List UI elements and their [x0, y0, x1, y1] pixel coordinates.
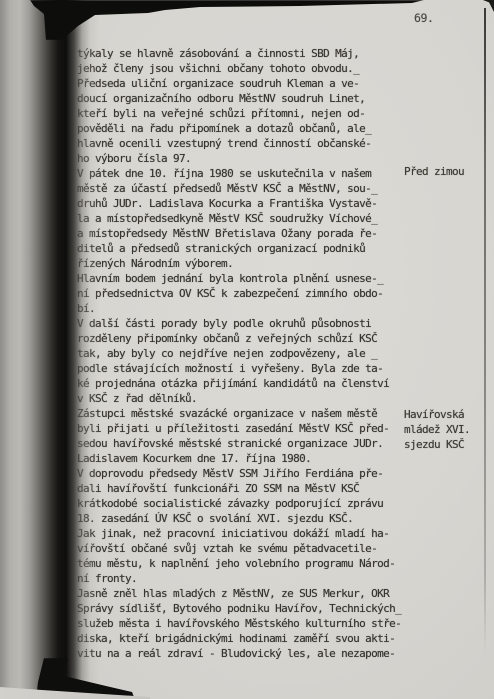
margin-note-line: sjezdu KSČ: [404, 437, 470, 452]
body-text-line: týkaly se hlavně zásobování a činnosti S…: [77, 46, 401, 61]
body-text-line: doucí organizačního odboru MěstNV soudru…: [77, 91, 401, 106]
body-text-line: ditelů a předsedů stranických organizací…: [77, 241, 401, 256]
body-text-line: městě za účastí předsedů MěstV KSČ a Měs…: [77, 181, 401, 196]
body-text-line: 18. zasedání ÚV KSČ o svolání XVI. sjezd…: [77, 511, 401, 526]
body-text-line: bí.: [77, 301, 401, 316]
body-text-line: V pátek dne 10. října 1980 se uskutečnil…: [77, 166, 401, 181]
body-text-line: ní fronty.: [77, 571, 401, 586]
body-text-line: služeb města i havířovského Městského ku…: [77, 616, 401, 631]
body-text-line: la a místopředsedkyně MěstV KSČ soudružk…: [77, 211, 401, 226]
scanned-document-page: 69. týkaly se hlavně zásobování a činnos…: [0, 0, 494, 699]
page-curl-shadow: [36, 658, 148, 699]
page-curl-highlight: [0, 687, 150, 699]
body-text-line: V další části porady byly podle okruhů p…: [77, 316, 401, 331]
margin-note-before-winter: Před zimou: [404, 164, 464, 179]
body-text-line: Jasně zněl hlas mladých z MěstNV, ze SUS…: [77, 586, 401, 601]
body-text-line: vířovští občané svůj vztah ke svému pěta…: [77, 541, 401, 556]
scan-top-edge-shadow: [0, 0, 424, 40]
body-text-line: a místopředsedy MěstNV Břetislava Ožany …: [77, 226, 401, 241]
body-text-line: vitu na a reál zdraví - Bludovický les, …: [77, 646, 401, 661]
body-text-line: Zástupci městské svazácké organizace v n…: [77, 406, 401, 421]
body-text-line: Ladislavem Kocurkem dne 17. října 1980.: [77, 451, 401, 466]
body-text-line: byli přijati u příležitosti zasedání Měs…: [77, 421, 401, 436]
body-text-line: řízených Národním výborem.: [77, 256, 401, 271]
body-text-line: Hlavním bodem jednání byla kontrola plně…: [77, 271, 401, 286]
body-text-line: V doprovodu předsedy MěstV SSM Jiřího Fe…: [77, 466, 401, 481]
scan-corner-mark: [483, 0, 494, 12]
margin-note-line: Před zimou: [404, 164, 464, 179]
page-number: 69.: [414, 11, 434, 25]
body-text-line: Předseda uliční organizace soudruh Klema…: [77, 76, 401, 91]
body-text-line: kteří byli na veřejné schůzi přítomni, n…: [77, 106, 401, 121]
margin-note-youth-congress: Havířovskámládež XVI.sjezdu KSČ: [404, 407, 470, 452]
body-text-line: v KSČ z řad dělníků.: [77, 391, 401, 406]
margin-note-line: mládež XVI.: [404, 422, 470, 437]
body-text-line: Jak jinak, než pracovní iniciativou doká…: [77, 526, 401, 541]
body-text-line: dali havířovští funkcionáři ZO SSM na Mě…: [77, 481, 401, 496]
body-text-line: podle stávajících možností i vyřešeny. B…: [77, 361, 401, 376]
body-text-line: ní předsednictva OV KSČ k zabezpečení zi…: [77, 286, 401, 301]
body-text-line: tému městu, k naplnění jeho volebního pr…: [77, 556, 401, 571]
body-text-line: druhů JUDr. Ladislava Kocurka a Františk…: [77, 196, 401, 211]
body-text-line: ké projednána otázka přijímání kandidátů…: [77, 376, 401, 391]
body-text-line: jehož členy jsou všichni občany tohoto o…: [77, 61, 401, 76]
body-text-line: sedou havířovské městské stranické organ…: [77, 436, 401, 451]
body-text-line: krátkodobé socialistické závazky podporu…: [77, 496, 401, 511]
body-text-line: pověděli na řadu připomínek a dotazů obč…: [77, 121, 401, 136]
body-text-line: diska, kteří brigádnickými hodinami zamě…: [77, 631, 401, 646]
body-text-line: ho výboru čísla 97.: [77, 151, 401, 166]
body-text-line: hlavně ocenili vzestupný trend činností …: [77, 136, 401, 151]
body-text-line: Správy sídlišť, Bytového podniku Havířov…: [77, 601, 401, 616]
body-text-line: rozděleny připomínky občanů z veřejných …: [77, 331, 401, 346]
margin-note-line: Havířovská: [404, 407, 470, 422]
page-edge-line: [484, 8, 487, 653]
body-text-line: tak, aby byly co nejdříve nejen zodpověz…: [77, 346, 401, 361]
typewritten-body: týkaly se hlavně zásobování a činnosti S…: [77, 46, 401, 661]
